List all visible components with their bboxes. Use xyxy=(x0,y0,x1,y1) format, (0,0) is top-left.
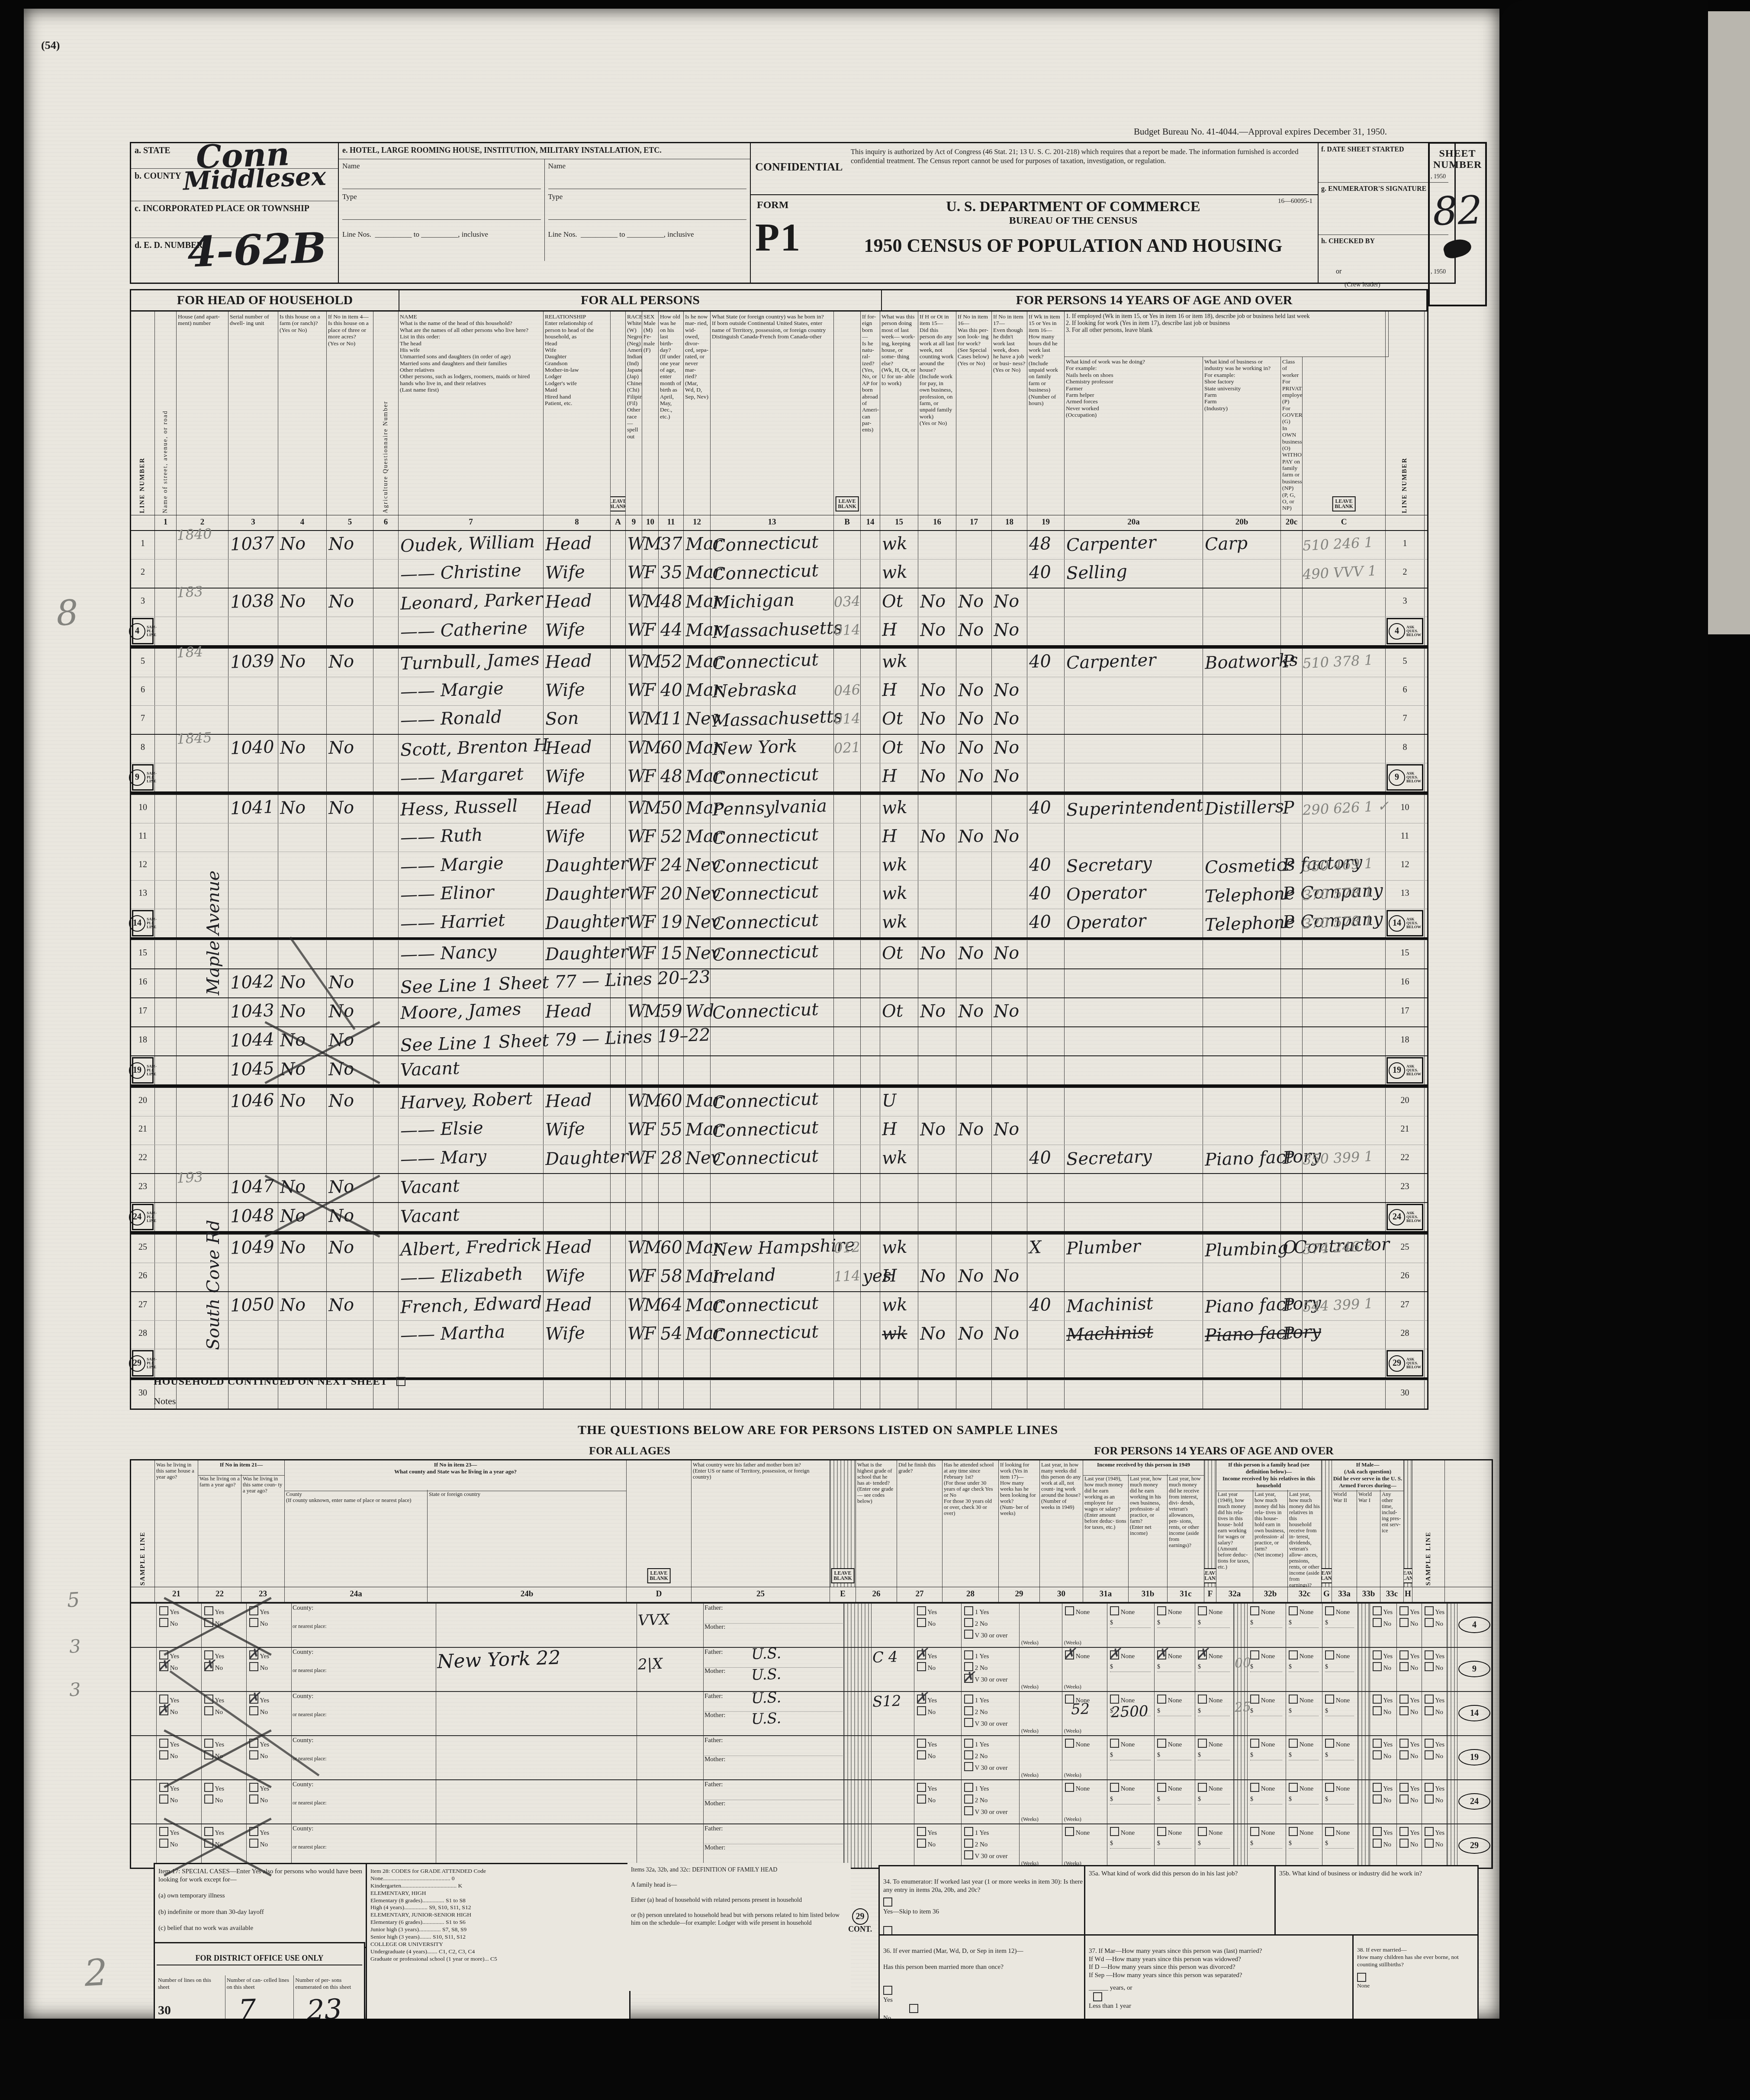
cell-r19-ln: 19SAM- PLE LINE xyxy=(131,1056,155,1084)
c32a-none-checkbox xyxy=(1250,1783,1259,1792)
district-col-value: 7 xyxy=(238,1992,256,2022)
cell-r19-B xyxy=(834,1056,861,1084)
cell-r10-name: Hess, Russell xyxy=(399,795,544,823)
cell-r8-A xyxy=(611,735,626,763)
cell-r30-A xyxy=(611,1380,626,1409)
cell-r30-race xyxy=(626,1380,642,1409)
c31b-none: None xyxy=(1157,1827,1194,1837)
c32a-amount-line: $ xyxy=(1250,1708,1282,1716)
cell-r1-c17 xyxy=(956,531,992,559)
cell-r19-bp xyxy=(711,1056,834,1084)
c27-yes-checkbox xyxy=(917,1739,926,1748)
cell-r6-cls xyxy=(1281,677,1303,705)
cell-r23-sex xyxy=(642,1174,659,1202)
value-c17: No xyxy=(958,763,984,790)
cell-r6-house xyxy=(177,677,228,705)
value-house: 1845 xyxy=(176,724,212,752)
sample-line-number: 4 xyxy=(1458,1617,1490,1633)
county-value: Middlesex xyxy=(183,161,327,196)
value-c17: No xyxy=(958,1116,984,1143)
cell-r21-A xyxy=(611,1116,626,1145)
sample-cell-l4-c33a: Yes No xyxy=(1370,1604,1397,1647)
sample-cell-l4-c31b: None$ xyxy=(1155,1604,1195,1647)
cell-r15-occ xyxy=(1065,940,1203,968)
value-c18: No xyxy=(993,940,1020,967)
cell-r12-name: —— Margie xyxy=(399,852,544,880)
value-B: 012 xyxy=(833,1234,861,1261)
c30-none-checkbox xyxy=(1065,1650,1074,1659)
cell-r28-mar: Mar xyxy=(684,1321,711,1349)
value-ind: Carp xyxy=(1204,530,1248,557)
sample-cell-l24-D xyxy=(637,1780,704,1823)
value-bp: Connecticut xyxy=(712,1290,819,1320)
cell-r2-age: 35 xyxy=(659,560,684,588)
census-title: 1950 CENSUS OF POPULATION AND HOUSING xyxy=(837,235,1309,257)
c32a-none: None xyxy=(1250,1827,1285,1837)
hotel-to-label: to xyxy=(414,230,419,238)
cell-r21-farm xyxy=(278,1116,327,1145)
cell-r27-A xyxy=(611,1292,626,1320)
hotel-name-label: Name xyxy=(342,162,541,189)
cell-r13-lnr: 13 xyxy=(1386,881,1425,909)
value-occ: Secretary xyxy=(1066,1144,1152,1173)
column-header-bp: What State (or foreign country) was he b… xyxy=(711,312,834,515)
cell-r7-occ xyxy=(1065,706,1203,734)
value-c18: No xyxy=(993,1320,1020,1347)
sample-cell-l4-E xyxy=(844,1604,872,1647)
sample-column-number xyxy=(1412,1587,1445,1602)
value-c15: wk xyxy=(881,559,908,586)
column-number: C xyxy=(1303,515,1386,530)
c28-no: 2 No xyxy=(964,1839,1018,1849)
sample-column-header-c27: Did he finish this grade? xyxy=(897,1460,943,1587)
table-row: 15—— NancyDaughterWF15NevConnecticutOtNo… xyxy=(131,940,1427,968)
ask-ques-text: ASK QUES. BELOW xyxy=(1406,917,1421,929)
sample-cell-l4-c32b: None$ xyxy=(1286,1604,1322,1647)
cell-r26-c16: No xyxy=(918,1263,956,1291)
father-label: Father: xyxy=(705,1605,843,1612)
cell-r1-ind: Carp xyxy=(1203,531,1281,559)
cell-r24-occ xyxy=(1065,1203,1203,1231)
sample-cell-l9-c31b: None$ xyxy=(1155,1648,1195,1691)
column-header-c19: If Wk in item 15 or Yes in item 16— How … xyxy=(1027,312,1065,515)
cell-r27-occ: Machinist xyxy=(1065,1292,1203,1320)
cell-r21-c18: No xyxy=(992,1116,1027,1145)
item38-none-label: None xyxy=(1357,1982,1370,1989)
cell-r15-serial xyxy=(228,940,278,968)
cell-r2-C: 490 VVV 1 xyxy=(1303,560,1386,588)
c32a-none-checkbox xyxy=(1250,1739,1259,1748)
sample-column-number: G xyxy=(1322,1587,1332,1602)
cell-r10-sex: M xyxy=(642,795,659,823)
cell-r6-farm xyxy=(278,677,327,705)
c33c-no: No xyxy=(1425,1662,1446,1672)
pencil-x-scribble xyxy=(157,1829,278,1863)
cell-r23-A xyxy=(611,1174,626,1202)
sample-line-text: SAM- PLE LINE xyxy=(147,1064,157,1076)
value-sex: F xyxy=(643,881,656,907)
column-number: 12 xyxy=(684,515,711,530)
column-number: A xyxy=(611,515,626,530)
cell-r8-c15: Ot xyxy=(880,735,918,763)
value-bp: Connecticut xyxy=(712,1115,819,1145)
cell-r24-A xyxy=(611,1203,626,1231)
cell-r10-c18 xyxy=(992,795,1027,823)
cell-r21-acres xyxy=(327,1116,373,1145)
cell-r26-street xyxy=(155,1263,177,1291)
sample-cell-l9-circ: 9 xyxy=(1457,1648,1492,1691)
cell-r16-farm: No xyxy=(278,969,327,997)
c33b-yes: Yes xyxy=(1399,1606,1421,1616)
cell-r21-c19 xyxy=(1027,1116,1065,1145)
value-bp: Connecticut xyxy=(712,879,819,909)
c31c-none: None xyxy=(1198,1783,1232,1793)
c32c-amount-line: $ xyxy=(1325,1708,1354,1716)
sample-column-number: E xyxy=(830,1587,856,1602)
weeks-label: (Weeks) xyxy=(1064,1816,1081,1823)
cell-r11-name: —— Ruth xyxy=(399,823,544,852)
column-number: 19 xyxy=(1027,515,1065,530)
value-name: —— Elsie xyxy=(400,1115,484,1144)
cell-r8-age: 60 xyxy=(659,735,684,763)
value-cls: P xyxy=(1282,852,1295,878)
value-rel: Wife xyxy=(545,559,585,586)
cell-r18-c16 xyxy=(918,1027,956,1055)
column-number xyxy=(1386,515,1425,530)
sample-column-header-c31a: Last year (1949), how much money did he … xyxy=(1083,1474,1129,1587)
cell-r9-C xyxy=(1303,763,1386,791)
cell-r7-ln: 7 xyxy=(131,706,155,734)
sample-line-number: 9 xyxy=(1389,769,1405,786)
value-bp: Connecticut xyxy=(712,1086,819,1116)
cell-r6-name: —— Margie xyxy=(399,677,544,705)
cell-r25-C: 574 246 3 xyxy=(1303,1235,1386,1263)
cell-r17-lnr: 17 xyxy=(1386,998,1425,1026)
sample-cell-l24-c24b xyxy=(436,1780,637,1823)
cell-r3-house: 183 xyxy=(177,589,228,617)
cell-r2-bp: Connecticut xyxy=(711,560,834,588)
pencil-mark: 2 xyxy=(83,1951,109,1995)
c33c-no-checkbox xyxy=(1425,1662,1434,1671)
c28-no: 2 No xyxy=(964,1706,1018,1716)
cell-r9-agq xyxy=(373,763,399,791)
column-header-farm: Is this house on a farm (or ranch)? (Yes… xyxy=(278,312,327,515)
sample-cell-l9-c27: Yes No xyxy=(914,1648,962,1691)
cell-r12-acres xyxy=(327,852,373,880)
c33c-yes-checkbox xyxy=(1425,1650,1434,1659)
cell-r18-B xyxy=(834,1027,861,1055)
value-sex: F xyxy=(643,1321,656,1347)
sample-row-line-24: Yes No Yes No Yes NoCounty:or nearest pl… xyxy=(131,1779,1492,1823)
county-label: County: xyxy=(293,1649,435,1656)
cell-r19-c15 xyxy=(880,1056,918,1084)
c32b-amount-line: $ xyxy=(1289,1664,1319,1672)
mother-label: Mother: xyxy=(705,1844,843,1852)
cell-r26-ind xyxy=(1203,1263,1281,1291)
value-c16: No xyxy=(920,705,946,732)
cell-r30-C xyxy=(1303,1380,1386,1409)
c27-no: No xyxy=(917,1618,960,1628)
father-label: Father: xyxy=(705,1781,843,1788)
c21-no: No xyxy=(159,1794,200,1804)
c33b-no: No xyxy=(1399,1618,1421,1628)
c23-yes: Yes xyxy=(249,1695,290,1704)
value-name: Vacant xyxy=(400,1173,460,1201)
c33a-yes: Yes xyxy=(1373,1650,1396,1660)
c31a-none: None xyxy=(1110,1783,1153,1793)
cell-r20-B xyxy=(834,1088,861,1116)
cell-r14-c19: 40 xyxy=(1027,909,1065,937)
cell-r30-sex xyxy=(642,1380,659,1409)
cell-r13-farm xyxy=(278,881,327,909)
c31c-amount-line: $ xyxy=(1198,1752,1230,1760)
value-name: —— Elinor xyxy=(400,879,494,908)
item35a-box: 35a. What kind of work did this person d… xyxy=(1084,1865,1284,1944)
hotel-label: e. HOTEL, LARGE ROOMING HOUSE, INSTITUTI… xyxy=(339,143,750,159)
cell-r14-farm xyxy=(278,909,327,937)
cell-r2-sex: F xyxy=(642,560,659,588)
cell-r26-agq xyxy=(373,1263,399,1291)
cell-r28-occ: Machinist xyxy=(1065,1321,1203,1349)
cell-r29-serial xyxy=(228,1349,278,1377)
cell-r13-sex: F xyxy=(642,881,659,909)
c28-thirty-checkbox xyxy=(964,1630,973,1639)
c27-yes-checkbox xyxy=(917,1783,926,1792)
special-cases-box: Item 17: SPECIAL CASES—Enter Yes also fo… xyxy=(154,1863,369,1948)
cell-r29-cls xyxy=(1281,1349,1303,1377)
sample-column-header-c32a: Last year (1949), how much money did his… xyxy=(1216,1490,1253,1587)
cell-r11-B xyxy=(834,823,861,852)
sample-cell-l19-c33b: Yes No xyxy=(1397,1736,1422,1779)
value-name: —— Catherine xyxy=(400,615,528,645)
cell-r15-agq xyxy=(373,940,399,968)
cell-r1-cls xyxy=(1281,531,1303,559)
sample-column-number: 30 xyxy=(1040,1587,1083,1602)
cell-r22-mar: Nev xyxy=(684,1145,711,1173)
cell-r11-c17: No xyxy=(956,823,992,852)
c33a-yes-checkbox xyxy=(1373,1606,1382,1615)
sample-cell-l24-E xyxy=(844,1780,872,1823)
sample-cell-l19-sline xyxy=(131,1736,157,1779)
c33a-no-checkbox xyxy=(1373,1750,1382,1759)
cell-r21-c17: No xyxy=(956,1116,992,1145)
cell-r7-agq xyxy=(373,706,399,734)
item36-text: 36. If ever married (Mar, Wd, D, or Sep … xyxy=(883,1948,1023,1971)
cell-r22-acres xyxy=(327,1145,373,1173)
form-number: P1 xyxy=(755,214,801,260)
cell-r22-c17 xyxy=(956,1145,992,1173)
sample-line-number: 29 xyxy=(1458,1837,1490,1854)
column-header-occ: What kind of work was he doing? For exam… xyxy=(1065,357,1203,515)
c33a-yes: Yes xyxy=(1373,1739,1396,1749)
cell-r6-A xyxy=(611,677,626,705)
sample-cell-l4-c24b xyxy=(436,1604,637,1647)
c33c-no: No xyxy=(1425,1794,1446,1804)
c21-no: No xyxy=(159,1706,200,1716)
c33a-no: No xyxy=(1373,1706,1396,1716)
value-c15: H xyxy=(881,1116,898,1142)
sample-line-number: 29 xyxy=(129,1355,145,1372)
district-col-0: Number of lines on this sheet30 xyxy=(157,1975,225,2022)
value-name: Harvey, Robert xyxy=(400,1086,533,1116)
value-age: 48 xyxy=(660,763,683,790)
value-C: 574 246 3 xyxy=(1302,1233,1374,1262)
c31a-amount-line: $ xyxy=(1110,1620,1151,1628)
sample-line-number: 24 xyxy=(129,1209,145,1225)
sample-cell-l29-circ: 29 xyxy=(1457,1824,1492,1868)
cell-r11-farm xyxy=(278,823,327,852)
line-number-label: LINE NUMBER xyxy=(1401,313,1409,513)
leave-blank-label: LEAVE BLANK xyxy=(611,496,626,511)
c21-no-checkbox xyxy=(159,1662,168,1671)
cell-r23-ln: 23 xyxy=(131,1174,155,1202)
value-bp: Connecticut xyxy=(712,939,819,968)
column-header-agq: Agriculture Questionnaire Number xyxy=(373,312,399,515)
value-age: 19 xyxy=(660,909,683,936)
value-cls: P xyxy=(1282,1321,1295,1347)
cell-r17-street xyxy=(155,998,177,1026)
column-header-c16: If H or Ot in item 15— Did this person d… xyxy=(918,312,956,515)
sample-row-line-29: Yes No Yes No Yes NoCounty:or nearest pl… xyxy=(131,1823,1492,1868)
cell-r12-c15: wk xyxy=(880,852,918,880)
c32b-none: None xyxy=(1289,1695,1321,1704)
cell-r7-sex: M xyxy=(642,706,659,734)
cell-r24-C xyxy=(1303,1203,1386,1231)
value-c18: No xyxy=(993,705,1020,732)
sample-cell-l24-c29: (Weeks) xyxy=(1020,1780,1062,1823)
c21-no: No xyxy=(159,1662,200,1672)
sample-cell-l4-c26 xyxy=(872,1604,914,1647)
cell-r7-name: —— Ronald xyxy=(399,706,544,734)
pencil-mark: 3 xyxy=(69,1679,81,1700)
cell-r17-c16: No xyxy=(918,998,956,1026)
cell-r1-lnr: 1 xyxy=(1386,531,1425,559)
sample-cell-l29-E xyxy=(844,1824,872,1868)
value-c15: wk xyxy=(881,1145,908,1171)
c32b-none-checkbox xyxy=(1289,1739,1298,1748)
c28-no-checkbox xyxy=(964,1839,973,1848)
table-row: 29SAM- PLE LINE29ASK QUES. BELOW xyxy=(131,1349,1427,1380)
cell-r27-lnr: 27 xyxy=(1386,1292,1425,1320)
sample-line-number: 14 xyxy=(129,915,145,932)
c32a-none-checkbox xyxy=(1250,1650,1259,1659)
cell-r12-lnr: 12 xyxy=(1386,852,1425,880)
table-row: 2—— ChristineWifeWF35MarConnecticutwk40S… xyxy=(131,559,1427,588)
cell-r20-bp: Connecticut xyxy=(711,1088,834,1116)
cell-r18-c19 xyxy=(1027,1027,1065,1055)
value-c19: 40 xyxy=(1029,880,1052,907)
cell-r10-lnr: 10 xyxy=(1386,795,1425,823)
cell-r13-c17 xyxy=(956,881,992,909)
sample-column-header-c30: Last year, in how many weeks did this pe… xyxy=(1040,1460,1083,1587)
value-name: —— Elizabeth xyxy=(400,1261,523,1291)
cell-r13-street xyxy=(155,881,177,909)
cell-r18-street xyxy=(155,1027,177,1055)
value-occ: Plumber xyxy=(1066,1233,1141,1262)
cell-r5-c15: wk xyxy=(880,649,918,677)
c32c-none: None xyxy=(1325,1827,1357,1837)
cell-r25-c17 xyxy=(956,1235,992,1263)
cell-r10-age: 50 xyxy=(659,795,684,823)
c21-no-checkbox xyxy=(159,1706,168,1715)
cell-r15-street xyxy=(155,940,177,968)
sample-column-number: 32a xyxy=(1216,1587,1253,1602)
sample-cell-l4-c32a: None$ xyxy=(1248,1604,1286,1647)
cell-r22-agq xyxy=(373,1145,399,1173)
cell-r20-c19 xyxy=(1027,1088,1065,1116)
sample-cell-l24-c27: Yes No xyxy=(914,1780,962,1823)
cell-r14-serial xyxy=(228,909,278,937)
cell-r21-bp: Connecticut xyxy=(711,1116,834,1145)
sample-column-header-c24a: County (If county unknown, enter name of… xyxy=(285,1490,428,1587)
c28-yes-checkbox xyxy=(964,1650,973,1659)
value-B: 046 xyxy=(833,676,861,704)
household-continued-line: HOUSEHOLD CONTINUED ON NEXT SHEET xyxy=(154,1376,405,1388)
item36-yes-label: Yes xyxy=(883,1997,893,2004)
sample-cell-l19-c33a: Yes No xyxy=(1370,1736,1397,1779)
cell-r14-age: 19 xyxy=(659,909,684,937)
c31c-amount-line: $ xyxy=(1198,1796,1230,1804)
cell-r7-rel: Son xyxy=(544,706,611,734)
c31c-none: None xyxy=(1198,1650,1232,1660)
c28-no-checkbox xyxy=(964,1750,973,1759)
value-name: Hess, Russell xyxy=(400,793,518,823)
cell-r13-c16 xyxy=(918,881,956,909)
c33b-no: No xyxy=(1399,1839,1421,1849)
sample-line-number: 24 xyxy=(1458,1793,1490,1810)
c31a-none-checkbox xyxy=(1110,1650,1119,1659)
cell-r29-A xyxy=(611,1349,626,1377)
c27-yes: Yes xyxy=(917,1695,960,1704)
cell-r17-occ xyxy=(1065,998,1203,1026)
cell-r8-lnr: 8 xyxy=(1386,735,1425,763)
cell-r4-acres xyxy=(327,617,373,645)
sample-cell-l14-c21: Yes No xyxy=(157,1692,202,1735)
cell-r2-c16 xyxy=(918,560,956,588)
cell-r2-occ: Selling xyxy=(1065,560,1203,588)
sample-cell-l4-c29: (Weeks) xyxy=(1020,1604,1062,1647)
grade-value: C 4 xyxy=(872,1648,898,1666)
cell-r3-ln: 3 xyxy=(131,589,155,617)
column-header-acres: If No in item 4— Is this house on a plac… xyxy=(327,312,373,515)
c23-no: No xyxy=(249,1662,290,1672)
c32c-none-checkbox xyxy=(1325,1606,1334,1615)
cell-r12-rel: Daughter xyxy=(544,852,611,880)
sample-column-number: 31b xyxy=(1129,1587,1168,1602)
cell-r22-name: —— Mary xyxy=(399,1145,544,1173)
sheet-number-value: 82 xyxy=(1432,187,1483,235)
value-occ: Operator xyxy=(1066,879,1146,908)
cell-r26-c15: H xyxy=(880,1263,918,1291)
cell-r30-c15 xyxy=(880,1380,918,1409)
column-header-c18: If No in item 17— Even though he didn't … xyxy=(992,312,1027,515)
cell-r10-bp: Pennsylvania xyxy=(711,795,834,823)
cell-r27-serial: 1050 xyxy=(228,1292,278,1320)
cell-r7-c18: No xyxy=(992,706,1027,734)
value-farm: No xyxy=(280,1292,306,1319)
sample-cell-l24-c22: Yes No xyxy=(202,1780,247,1823)
item37-years-label: years, or xyxy=(1110,1984,1132,1991)
cell-r18-sex xyxy=(642,1027,659,1055)
cell-r3-race: W xyxy=(626,589,642,617)
c31b-amount-line: $ xyxy=(1157,1840,1191,1849)
sample-cell-l24-c32c: None$ xyxy=(1322,1780,1358,1823)
sample-cell-l29-c33b: Yes No xyxy=(1397,1824,1422,1868)
sample-cell-l24-c26 xyxy=(872,1780,914,1823)
value-farm: No xyxy=(280,969,306,996)
item36-yes-checkbox xyxy=(883,1986,892,1995)
cell-r6-agq xyxy=(373,677,399,705)
